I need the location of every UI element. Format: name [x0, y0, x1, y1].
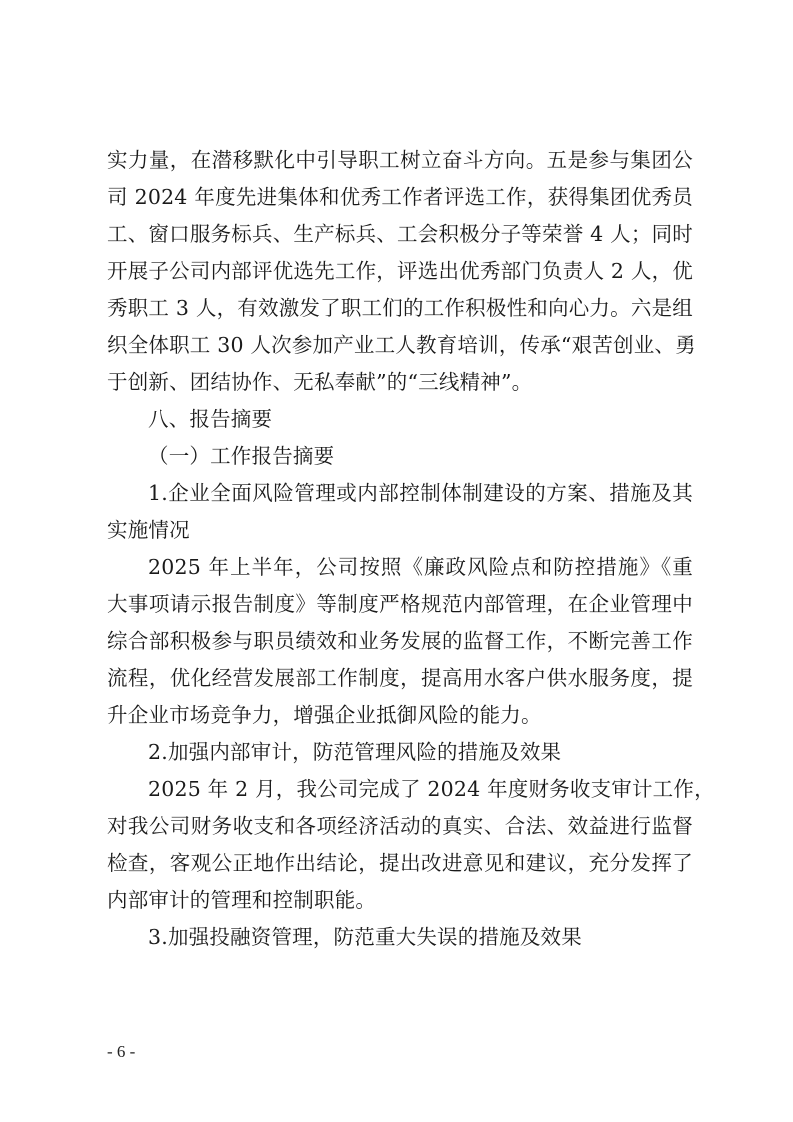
item2-body-line: 检查，客观公正地作出结论，提出改进意见和建议，充分发挥了: [107, 845, 693, 882]
paragraph-line: 于创新、团结协作、无私奉献”的“三线精神”。: [107, 364, 693, 401]
paragraph-line: 织全体职工 30 人次参加产业工人教育培训，传承“艰苦创业、勇: [107, 327, 693, 364]
item2-body-line: 2025 年 2 月，我公司完成了 2024 年度财务收支审计工作，: [107, 771, 693, 808]
paragraph-line: 工、窗口服务标兵、生产标兵、工会积极分子等荣誉 4 人；同时: [107, 216, 693, 253]
section-heading: 八、报告摘要: [107, 401, 693, 438]
item1-body-line: 2025 年上半年，公司按照《廉政风险点和防控措施》《重: [107, 549, 693, 586]
paragraph-line: 秀职工 3 人，有效激发了职工们的工作积极性和向心力。六是组: [107, 290, 693, 327]
item2-body-line: 对我公司财务收支和各项经济活动的真实、合法、效益进行监督: [107, 808, 693, 845]
paragraph-line: 实力量，在潜移默化中引导职工树立奋斗方向。五是参与集团公: [107, 142, 693, 179]
item2-body-line: 内部审计的管理和控制职能。: [107, 882, 693, 919]
document-page: 实力量，在潜移默化中引导职工树立奋斗方向。五是参与集团公 司 2024 年度先进…: [107, 142, 693, 956]
item1-body-line: 综合部积极参与职员绩效和业务发展的监督工作，不断完善工作: [107, 623, 693, 660]
item1-body-line: 流程，优化经营发展部工作制度，提高用水客户供水服务度，提: [107, 660, 693, 697]
paragraph-line: 开展子公司内部评优选先工作，评选出优秀部门负责人 2 人，优: [107, 253, 693, 290]
item2-title: 2.加强内部审计，防范管理风险的措施及效果: [107, 734, 693, 771]
item1-body-line: 升企业市场竞争力，增强企业抵御风险的能力。: [107, 697, 693, 734]
subsection-heading: （一）工作报告摘要: [107, 438, 693, 475]
item3-title: 3.加强投融资管理，防范重大失误的措施及效果: [107, 919, 693, 956]
paragraph-line: 司 2024 年度先进集体和优秀工作者评选工作，获得集团优秀员: [107, 179, 693, 216]
item1-title-line: 1.企业全面风险管理或内部控制体制建设的方案、措施及其: [107, 475, 693, 512]
item1-title-line: 实施情况: [107, 512, 693, 549]
page-number: - 6 -: [107, 1042, 135, 1062]
item1-body-line: 大事项请示报告制度》等制度严格规范内部管理，在企业管理中: [107, 586, 693, 623]
